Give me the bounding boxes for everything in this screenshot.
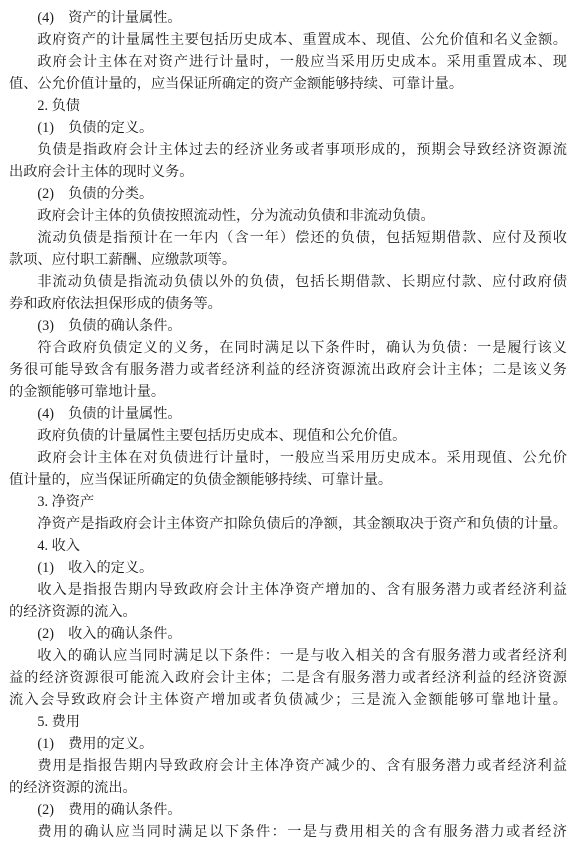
text-line: (4) 资产的计量属性。 [9, 7, 567, 29]
text-line: 收入是指报告期内导致政府会计主体净资产增加的、含有服务潜力或者经济利益 [9, 579, 567, 601]
text-line: 政府资产的计量属性主要包括历史成本、重置成本、现值、公允价值和名义金额。 [9, 29, 567, 51]
text-line: 政府会计主体在对负债进行计量时，一般应当采用历史成本。采用现值、公允价 [9, 447, 567, 469]
text-line: 的经济资源的流入。 [9, 601, 567, 623]
text-line: 净资产是指政府会计主体资产扣除负债后的净额，其金额取决于资产和负债的计量。 [9, 513, 567, 535]
text-line: (2) 负债的分类。 [9, 183, 567, 205]
text-line: (2) 费用的确认条件。 [9, 799, 567, 821]
text-line: 负债是指政府会计主体过去的经济业务或者事项形成的，预期会导致经济资源流 [9, 139, 567, 161]
text-line: 政府会计主体在对资产进行计量时，一般应当采用历史成本。采用重置成本、现 [9, 51, 567, 73]
text-line: 政府会计主体的负债按照流动性，分为流动负债和非流动负债。 [9, 205, 567, 227]
text-line: 益的经济资源很可能流入政府会计主体；二是含有服务潜力或者经济利益的经济资源 [9, 667, 567, 689]
text-line: 4. 收入 [9, 535, 567, 557]
text-line: 费用是指报告期内导致政府会计主体净资产减少的、含有服务潜力或者经济利益 [9, 755, 567, 777]
text-line: 5. 费用 [9, 711, 567, 733]
text-line: 的金额能够可靠地计量。 [9, 381, 567, 403]
text-line: 出政府会计主体的现时义务。 [9, 161, 567, 183]
text-line: 非流动负债是指流动负债以外的负债，包括长期借款、长期应付款、应付政府债 [9, 271, 567, 293]
text-line: 收入的确认应当同时满足以下条件：一是与收入相关的含有服务潜力或者经济利 [9, 645, 567, 667]
text-line: 费用的确认应当同时满足以下条件：一是与费用相关的含有服务潜力或者经济 [9, 821, 567, 843]
text-line: 的经济资源的流出。 [9, 777, 567, 799]
text-line: 流入会导致政府会计主体资产增加或者负债减少；三是流入金额能够可靠地计量。 [9, 689, 567, 711]
text-line: 券和政府依法担保形成的债务等。 [9, 293, 567, 315]
text-line: (3) 负债的确认条件。 [9, 315, 567, 337]
text-line: (4) 负债的计量属性。 [9, 403, 567, 425]
text-line: 务很可能导致含有服务潜力或者经济利益的经济资源流出政府会计主体；二是该义务 [9, 359, 567, 381]
text-line: 政府负债的计量属性主要包括历史成本、现值和公允价值。 [9, 425, 567, 447]
document-text: (4) 资产的计量属性。政府资产的计量属性主要包括历史成本、重置成本、现值、公允… [0, 0, 575, 843]
text-line: (1) 负债的定义。 [9, 117, 567, 139]
text-line: (1) 费用的定义。 [9, 733, 567, 755]
text-line: 流动负债是指预计在一年内（含一年）偿还的负债，包括短期借款、应付及预收 [9, 227, 567, 249]
text-line: 值、公允价值计量的，应当保证所确定的资产金额能够持续、可靠计量。 [9, 73, 567, 95]
text-line: 值计量的，应当保证所确定的负债金额能够持续、可靠计量。 [9, 469, 567, 491]
text-line: 款项、应付职工薪酬、应缴款项等。 [9, 249, 567, 271]
text-line: (1) 收入的定义。 [9, 557, 567, 579]
document-page: (4) 资产的计量属性。政府资产的计量属性主要包括历史成本、重置成本、现值、公允… [0, 0, 575, 845]
text-line: (2) 收入的确认条件。 [9, 623, 567, 645]
text-line: 2. 负债 [9, 95, 567, 117]
text-line: 3. 净资产 [9, 491, 567, 513]
text-line: 符合政府负债定义的义务，在同时满足以下条件时，确认为负债：一是履行该义 [9, 337, 567, 359]
